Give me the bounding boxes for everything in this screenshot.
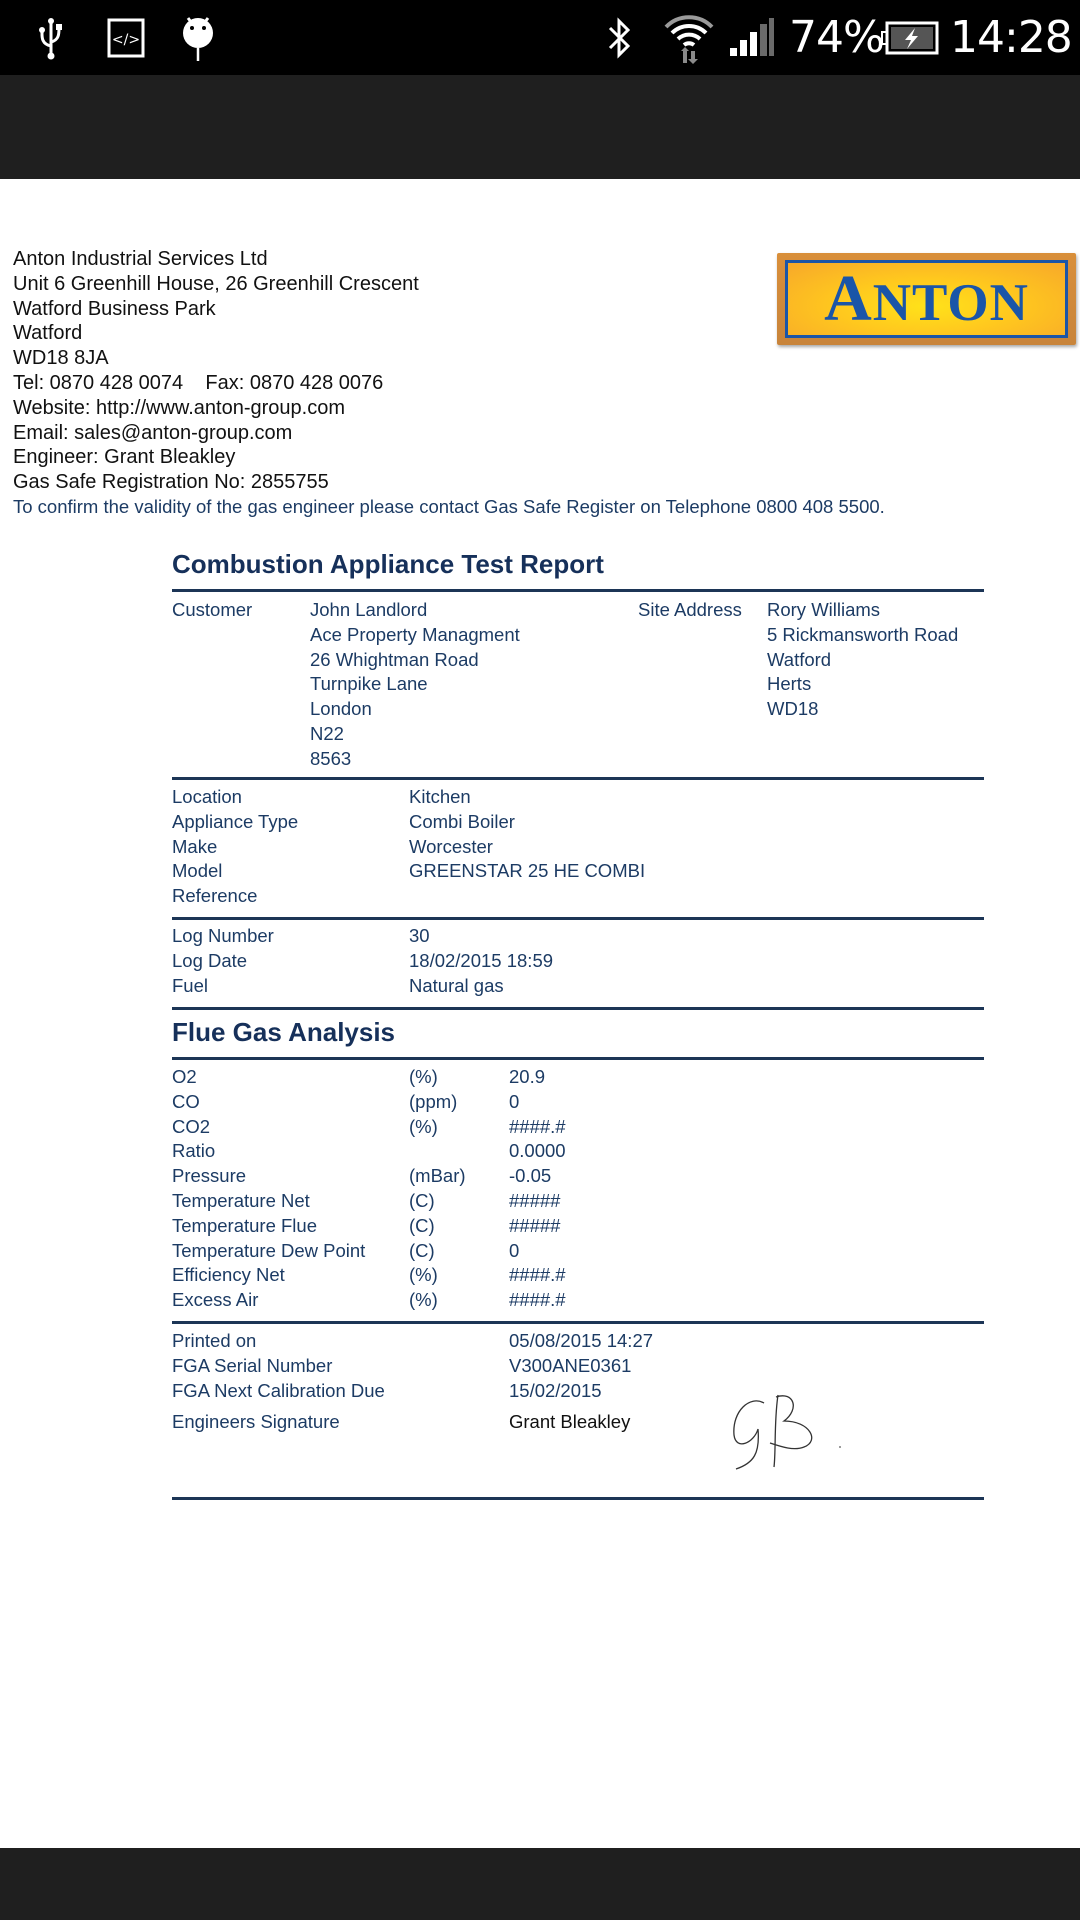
customer-label: Customer — [172, 599, 252, 621]
fga-value: ####.# — [509, 1264, 566, 1286]
fga-parameter: Temperature Flue — [172, 1215, 317, 1237]
fga-value: ##### — [509, 1190, 560, 1212]
field-value: Natural gas — [409, 975, 504, 997]
fga-unit: (C) — [409, 1190, 435, 1212]
wifi-data-icon — [662, 0, 716, 75]
field-label: Reference — [172, 885, 257, 907]
fga-parameter: Pressure — [172, 1165, 246, 1187]
fga-value: 0 — [509, 1091, 519, 1113]
bluetooth-icon — [603, 0, 635, 75]
divider — [172, 1007, 984, 1010]
site-address-label: Site Address — [638, 599, 742, 621]
divider — [172, 1321, 984, 1324]
fga-title: Flue Gas Analysis — [172, 1017, 395, 1048]
fga-parameter: CO — [172, 1091, 200, 1113]
customer-address-line: London — [310, 698, 372, 720]
fga-parameter: Temperature Dew Point — [172, 1240, 365, 1262]
field-label: Fuel — [172, 975, 208, 997]
company-address-block: Anton Industrial Services Ltd Unit 6 Gre… — [13, 247, 419, 495]
fga-unit: (ppm) — [409, 1091, 457, 1113]
customer-address-line: John Landlord — [310, 599, 427, 621]
company-email[interactable]: Email: sales@anton-group.com — [13, 421, 419, 446]
fga-value: 0.0000 — [509, 1140, 566, 1162]
svg-text:</>: </> — [112, 32, 140, 48]
footer-label: FGA Serial Number — [172, 1355, 332, 1377]
field-label: Log Date — [172, 950, 247, 972]
anton-logo: ANTON — [777, 253, 1076, 345]
usb-icon — [36, 0, 68, 75]
fga-parameter: Temperature Net — [172, 1190, 310, 1212]
fga-unit: (%) — [409, 1116, 438, 1138]
fga-value: ##### — [509, 1215, 560, 1237]
field-label: Location — [172, 786, 242, 808]
site-address-line: 5 Rickmansworth Road — [767, 624, 958, 646]
fga-value: 0 — [509, 1240, 519, 1262]
fga-unit: (%) — [409, 1066, 438, 1088]
fga-parameter: CO2 — [172, 1116, 210, 1138]
customer-address-line: Ace Property Managment — [310, 624, 520, 646]
fga-unit: (C) — [409, 1240, 435, 1262]
customer-address-line: 26 Whightman Road — [310, 649, 479, 671]
customer-address-line: 8563 — [310, 748, 351, 770]
fga-value: 20.9 — [509, 1066, 545, 1088]
status-bar: </> 74% 14:28 — [0, 0, 1080, 75]
fga-unit: (mBar) — [409, 1165, 466, 1187]
fga-parameter: Excess Air — [172, 1289, 258, 1311]
android-debug-icon — [180, 0, 216, 75]
field-value: 30 — [409, 925, 430, 947]
gas-safe-registration: Gas Safe Registration No: 2855755 — [13, 470, 419, 495]
battery-charging-icon — [880, 0, 940, 75]
field-value: Kitchen — [409, 786, 471, 808]
fga-parameter: Ratio — [172, 1140, 215, 1162]
footer-value: 15/02/2015 — [509, 1380, 602, 1402]
footer-label: Printed on — [172, 1330, 256, 1352]
company-phone-fax: Tel: 0870 428 0074 Fax: 0870 428 0076 — [13, 371, 419, 396]
logo-text: ANTON — [824, 266, 1029, 332]
customer-address-line: N22 — [310, 723, 344, 745]
field-label: Appliance Type — [172, 811, 298, 833]
signal-bars-icon — [728, 0, 776, 75]
footer-value: V300ANE0361 — [509, 1355, 631, 1377]
validity-note: To confirm the validity of the gas engin… — [13, 496, 885, 518]
report-title: Combustion Appliance Test Report — [172, 549, 604, 580]
pdf-page: Anton Industrial Services Ltd Unit 6 Gre… — [0, 179, 1080, 1848]
divider — [172, 917, 984, 920]
site-address-line: WD18 — [767, 698, 818, 720]
fga-value: -0.05 — [509, 1165, 551, 1187]
field-value: 18/02/2015 18:59 — [409, 950, 553, 972]
fga-unit: (%) — [409, 1289, 438, 1311]
field-label: Model — [172, 860, 222, 882]
company-address-line: Watford — [13, 321, 419, 346]
fga-unit: (C) — [409, 1215, 435, 1237]
footer-label: FGA Next Calibration Due — [172, 1380, 385, 1402]
site-address-line: Herts — [767, 673, 811, 695]
site-address-line: Rory Williams — [767, 599, 880, 621]
company-address-line: Watford Business Park — [13, 297, 419, 322]
fga-parameter: Efficiency Net — [172, 1264, 285, 1286]
bottom-bar — [0, 1848, 1080, 1920]
engineer-name: Engineer: Grant Bleakley — [13, 445, 419, 470]
field-value: Combi Boiler — [409, 811, 515, 833]
developer-code-icon: </> — [106, 0, 146, 75]
fga-unit: (%) — [409, 1264, 438, 1286]
company-website[interactable]: Website: http://www.anton-group.com — [13, 396, 419, 421]
clock: 14:28 — [950, 0, 1072, 75]
signature-name: Grant Bleakley — [509, 1411, 630, 1433]
customer-address-line: Turnpike Lane — [310, 673, 428, 695]
app-toolbar — [0, 75, 1080, 179]
company-name: Anton Industrial Services Ltd — [13, 247, 419, 272]
footer-value: 05/08/2015 14:27 — [509, 1330, 653, 1352]
divider — [172, 777, 984, 780]
field-value: Worcester — [409, 836, 493, 858]
divider — [172, 589, 984, 592]
field-label: Make — [172, 836, 217, 858]
fga-value: ####.# — [509, 1289, 566, 1311]
battery-percent: 74% — [789, 0, 884, 75]
site-address-line: Watford — [767, 649, 831, 671]
fga-parameter: O2 — [172, 1066, 197, 1088]
company-address-line: Unit 6 Greenhill House, 26 Greenhill Cre… — [13, 272, 419, 297]
company-postcode: WD18 8JA — [13, 346, 419, 371]
signature-label: Engineers Signature — [172, 1411, 340, 1433]
divider — [172, 1497, 984, 1500]
field-value: GREENSTAR 25 HE COMBI — [409, 860, 645, 882]
fga-value: ####.# — [509, 1116, 566, 1138]
field-label: Log Number — [172, 925, 274, 947]
divider — [172, 1057, 984, 1060]
